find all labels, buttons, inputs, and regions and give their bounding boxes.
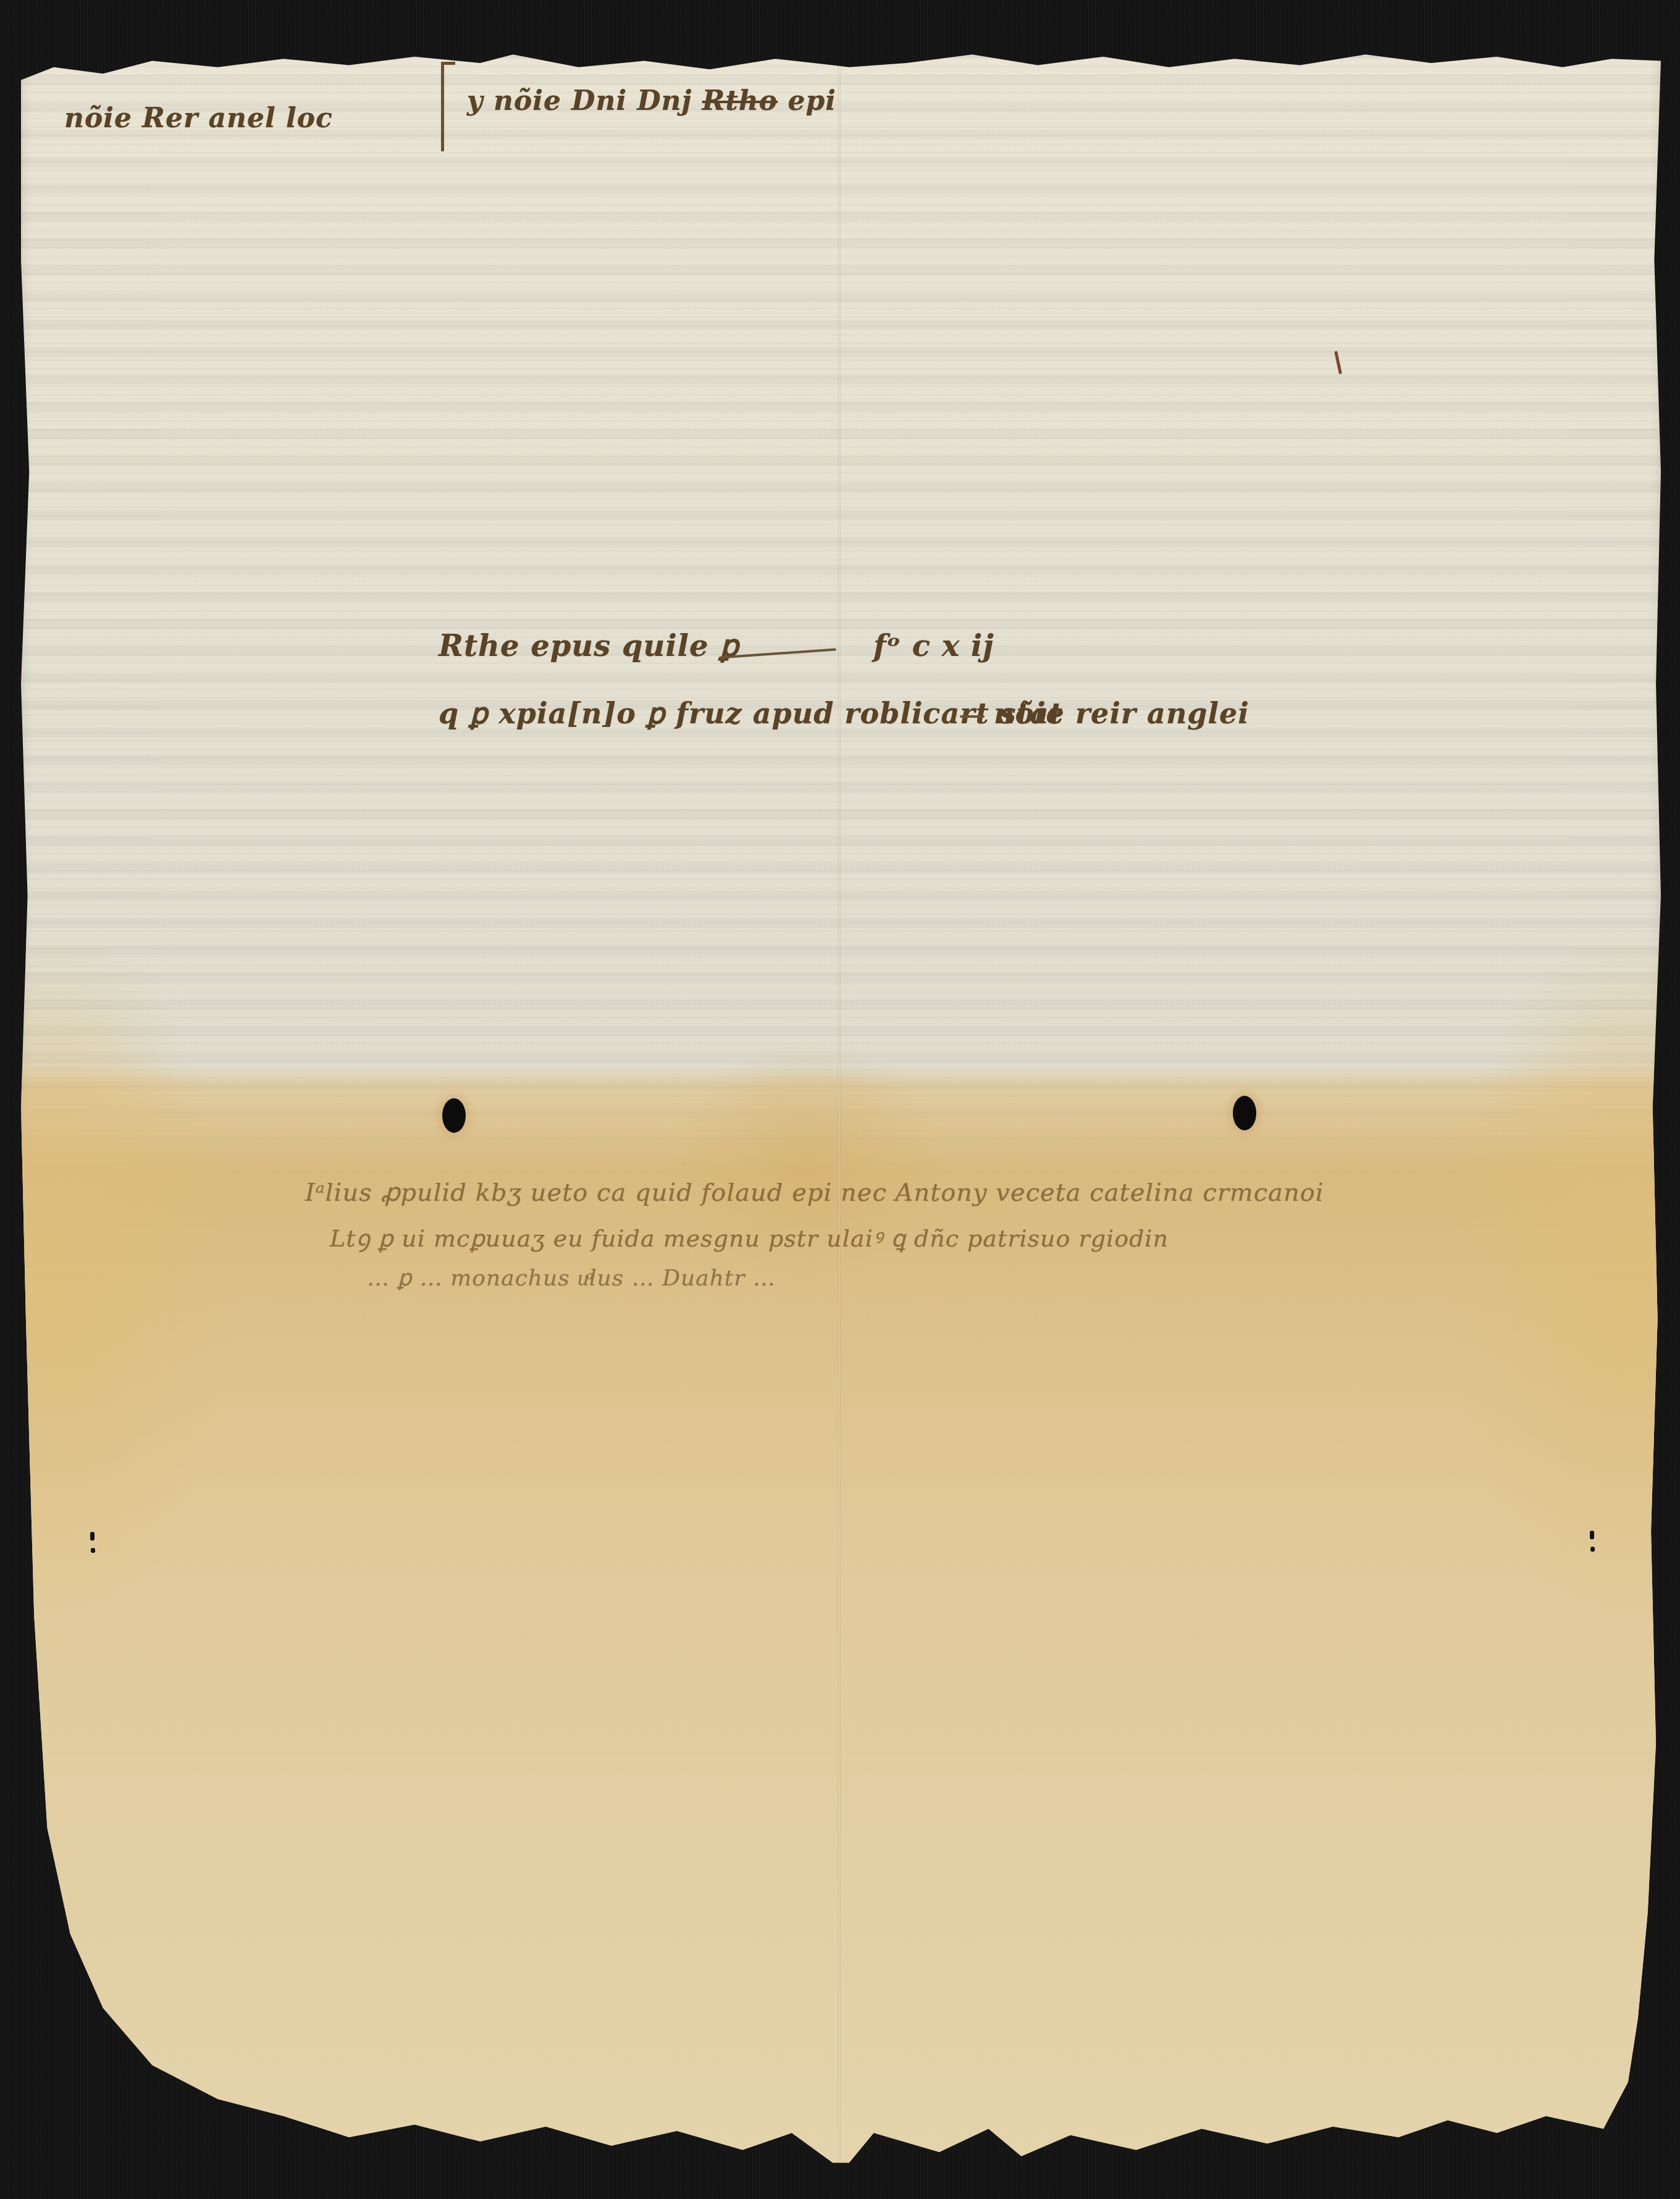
bracket-mark xyxy=(441,62,455,151)
bracket-line-text: y nõie Dni Dnj xyxy=(467,85,692,117)
lower-line-1: Iᵃlius ꝓpulid kbʒ ueto ca quid folaud ep… xyxy=(305,1179,1324,1207)
laid-paper-texture xyxy=(21,48,1661,2167)
center-line-2: q ꝑ xpia[n]o ꝑ fruz apud roblicart stat xyxy=(439,697,1063,730)
annotation-top-left: nõie Rer anel loc xyxy=(64,103,333,134)
annotation-top-bracket: y nõie Dni Dnj Rtho epi xyxy=(467,85,836,117)
pinhole-left-1 xyxy=(90,1532,94,1541)
folio-number: fᵒ c x ij xyxy=(873,629,994,663)
pinhole-left-2 xyxy=(91,1548,95,1553)
pinhole-right-1 xyxy=(1590,1531,1594,1539)
manuscript-sheet: nõie Rer anel loc y nõie Dni Dnj Rtho ep… xyxy=(21,48,1661,2167)
center-line-1: Rthe epus quile ꝑ xyxy=(439,629,739,663)
punch-hole-right xyxy=(1233,1096,1256,1130)
center-line-2-tail: nõie reir anglei xyxy=(994,697,1249,730)
bracket-line-tail: epi xyxy=(787,85,836,117)
center-fold xyxy=(838,48,841,2167)
punch-hole-left xyxy=(442,1098,466,1133)
water-stain xyxy=(21,48,1661,2167)
struck-word: Rtho xyxy=(702,85,778,117)
pinhole-right-2 xyxy=(1590,1547,1595,1552)
ink-stroke-mark xyxy=(1334,351,1342,374)
lower-line-3: … ꝑ … monachus uͣlus … Duahtr … xyxy=(367,1265,776,1291)
entry-dash-2 xyxy=(960,715,985,718)
lower-line-2: Ltꝯ ꝑ ui mcꝑuuaʒ eu fuida mesgnu pstr ul… xyxy=(330,1222,1169,1254)
bleed-through-text xyxy=(21,48,1661,2167)
